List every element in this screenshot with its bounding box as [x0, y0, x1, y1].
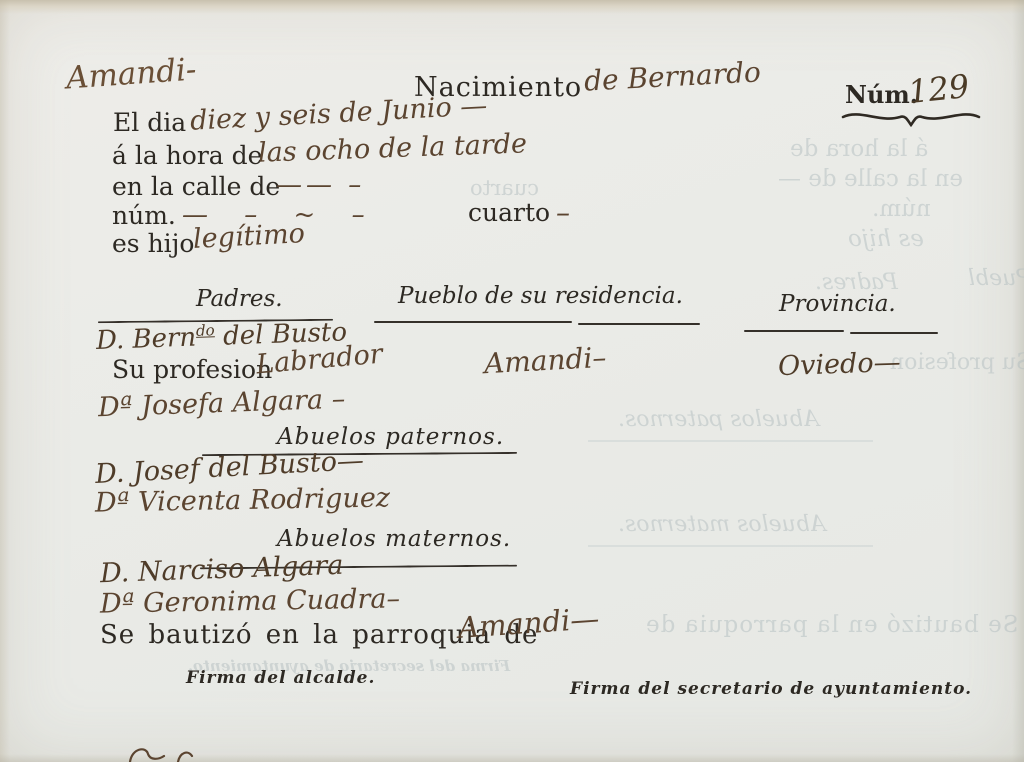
- hour-label: á la hora de: [112, 141, 262, 170]
- page-edge-top: [0, 0, 1024, 14]
- paternal-grandparents-header: Abuelos paternos.: [277, 424, 504, 450]
- father-name-part1: D. Bern: [96, 323, 197, 356]
- record-title-handwritten-name: de Bernardo: [583, 55, 761, 97]
- column-header-province: Provincia.: [779, 291, 896, 317]
- mayor-signature-caption: Firma del alcalde.: [186, 668, 375, 688]
- child-status-label: es hijo: [112, 229, 194, 258]
- mother-name: Dª Josefa Algara –: [98, 384, 346, 424]
- birth-record-page: á la hora de en la calle de — núm. es hi…: [0, 0, 1024, 762]
- child-status-value: legítimo: [192, 218, 305, 255]
- street-value: —— –: [276, 170, 365, 200]
- baptism-parish-value: Amandi—: [457, 601, 600, 645]
- province-rule-2: [850, 332, 938, 334]
- bleedthrough-cuarto: cuarto: [470, 176, 539, 200]
- province-value: Oviedo—: [777, 347, 901, 382]
- bottom-cutoff-flourish: [122, 744, 202, 762]
- day-label: El dia: [113, 108, 186, 137]
- father-name-superscript: do: [196, 321, 215, 340]
- profession-label: Su profesion: [112, 355, 272, 384]
- hour-value: las ocho de la tarde: [258, 128, 528, 168]
- apartment-value: –: [556, 196, 570, 229]
- page-edge-left: [0, 0, 10, 762]
- day-value: diez y seis de Junio —: [189, 90, 488, 137]
- house-number-label: núm.: [112, 201, 176, 230]
- margin-place-annotation: Amandi-: [65, 51, 198, 96]
- residence-rule-1: [374, 321, 572, 323]
- bleedthrough-bautizo: Se bautizó en la parroquia de: [645, 612, 1018, 638]
- bleedthrough-pueblo: Puebl: [968, 266, 1024, 291]
- bleedthrough-hijo: es hijo: [848, 226, 924, 252]
- bleedthrough-abuelos-paternos: Abuelos paternos.: [618, 407, 819, 432]
- paternal-grandmother-name: Dª Vicenta Rodriguez: [95, 482, 391, 518]
- page-edge-right: [1012, 0, 1024, 762]
- bleedthrough-abuelos-maternos: Abuelos maternos.: [618, 512, 826, 537]
- column-header-parents: Padres.: [196, 286, 283, 312]
- bleedthrough-rule-2: [588, 545, 873, 547]
- bleedthrough-su-profesion: Su profesion: [890, 350, 1024, 375]
- secretary-signature-caption: Firma del secretario de ayuntamiento.: [570, 679, 972, 699]
- maternal-grandmother-name: Dª Geronima Cuadra–: [100, 583, 401, 619]
- maternal-grandparents-header: Abuelos maternos.: [277, 526, 511, 552]
- residence-rule-2: [578, 323, 700, 325]
- number-flourish: [840, 108, 982, 130]
- residence-value: Amandi–: [483, 341, 607, 380]
- bleedthrough-hora: á la hora de: [790, 136, 928, 162]
- bleedthrough-rule-1: [588, 440, 873, 442]
- column-header-residence: Pueblo de su residencia.: [398, 283, 683, 309]
- number-value: 129: [906, 67, 971, 111]
- apartment-label: cuarto: [468, 198, 550, 227]
- bleedthrough-numero: núm.: [872, 196, 931, 222]
- bleedthrough-calle: en la calle de —: [778, 166, 963, 192]
- province-rule-1: [744, 330, 844, 332]
- street-label: en la calle de: [112, 172, 280, 201]
- maternal-grandfather-name: D. Narciso Algara: [100, 550, 344, 589]
